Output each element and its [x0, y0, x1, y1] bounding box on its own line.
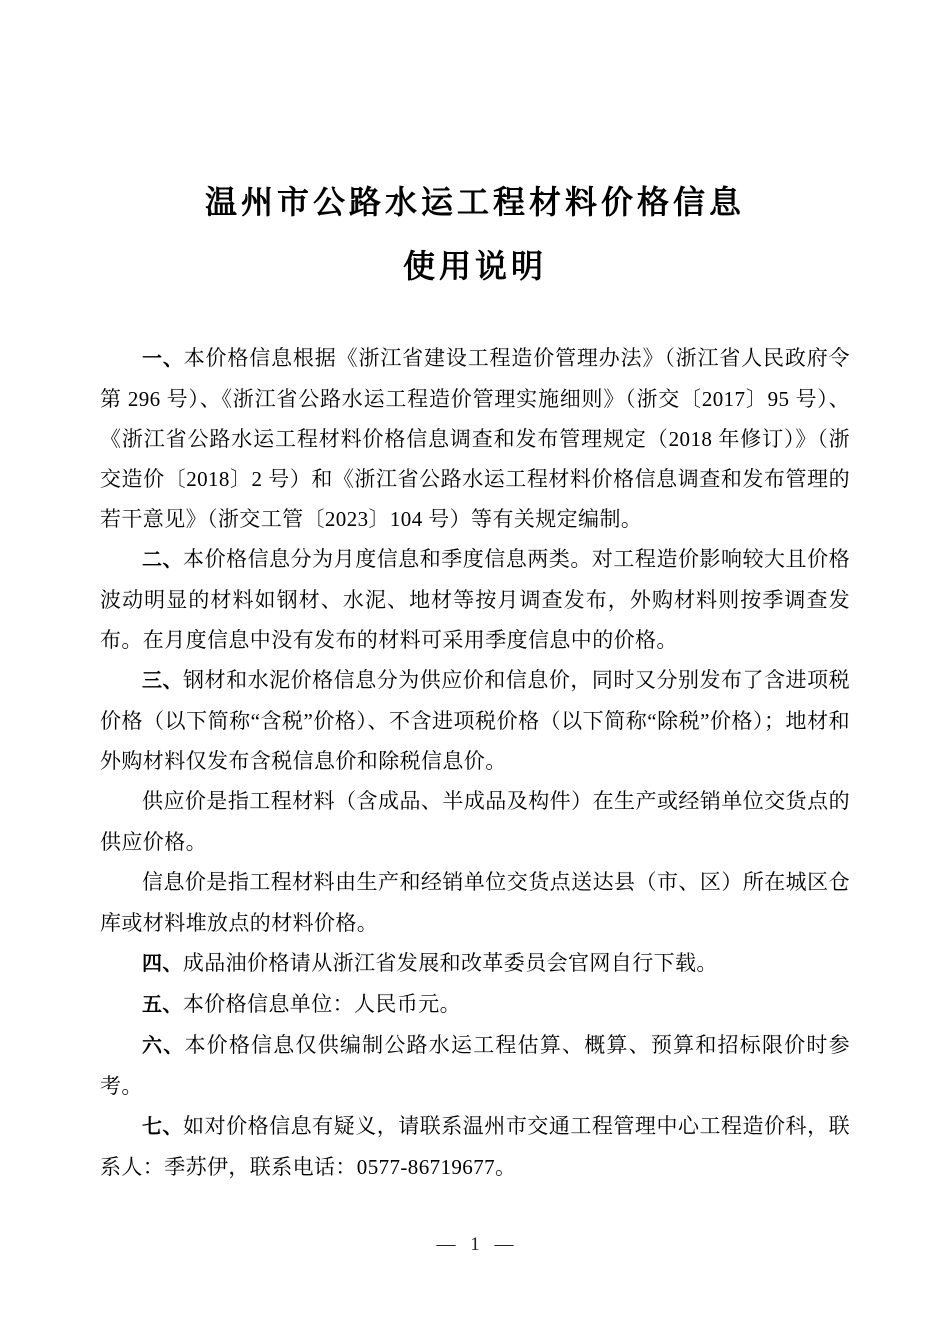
paragraph-8-text: 本价格信息仅供编制公路水运工程估算、概算、预算和招标限价时参考。 — [100, 1033, 850, 1098]
paragraph-8: 六、本价格信息仅供编制公路水运工程估算、概算、预算和招标限价时参考。 — [100, 1025, 850, 1106]
paragraph-2: 二、本价格信息分为月度信息和季度信息两类。对工程造价影响较大且价格波动明显的材料… — [100, 539, 850, 660]
paragraph-1-text: 本价格信息根据《浙江省建设工程造价管理办法》（浙江省人民政府令第 296 号）、… — [100, 346, 850, 531]
document-body: 一、本价格信息根据《浙江省建设工程造价管理办法》（浙江省人民政府令第 296 号… — [0, 338, 950, 1187]
paragraph-4-text: 供应价是指工程材料（含成品、半成品及构件）在生产或经销单位交货点的供应价格。 — [100, 789, 850, 854]
paragraph-2-text: 本价格信息分为月度信息和季度信息两类。对工程造价影响较大且价格波动明显的材料如钢… — [100, 547, 850, 652]
paragraph-5-text: 信息价是指工程材料由生产和经销单位交货点送达县（市、区）所在城区仓库或材料堆放点… — [100, 870, 850, 935]
paragraph-2-marker: 二、 — [142, 549, 183, 571]
paragraph-9-text: 如对价格信息有疑义，请联系温州市交通工程管理中心工程造价科，联系人：季苏伊，联系… — [100, 1114, 850, 1179]
paragraph-7: 五、本价格信息单位：人民币元。 — [100, 984, 850, 1025]
paragraph-7-text: 本价格信息单位：人民币元。 — [183, 992, 461, 1016]
paragraph-3: 三、钢材和水泥价格信息分为供应价和信息价，同时又分别发布了含进项税价格（以下简称… — [100, 660, 850, 781]
title-block: 温州市公路水运工程材料价格信息 使用说明 — [0, 0, 950, 282]
paragraph-1: 一、本价格信息根据《浙江省建设工程造价管理办法》（浙江省人民政府令第 296 号… — [100, 338, 850, 539]
document-page: 温州市公路水运工程材料价格信息 使用说明 一、本价格信息根据《浙江省建设工程造价… — [0, 0, 950, 1344]
paragraph-6-text: 成品油价格请从浙江省发展和改革委员会官网自行下载。 — [183, 951, 718, 975]
paragraph-7-marker: 五、 — [142, 994, 183, 1016]
paragraph-6-marker: 四、 — [142, 953, 183, 975]
paragraph-3-marker: 三、 — [142, 670, 183, 692]
paragraph-5: 信息价是指工程材料由生产和经销单位交货点送达县（市、区）所在城区仓库或材料堆放点… — [100, 862, 850, 943]
page-number: — 1 — — [0, 1234, 950, 1256]
paragraph-3-text: 钢材和水泥价格信息分为供应价和信息价，同时又分别发布了含进项税价格（以下简称“含… — [100, 668, 850, 773]
paragraph-1-marker: 一、 — [142, 348, 184, 370]
paragraph-9-marker: 七、 — [142, 1116, 183, 1138]
paragraph-8-marker: 六、 — [142, 1035, 184, 1057]
paragraph-6: 四、成品油价格请从浙江省发展和改革委员会官网自行下载。 — [100, 943, 850, 984]
document-subtitle: 使用说明 — [0, 250, 950, 282]
document-title: 温州市公路水运工程材料价格信息 — [0, 186, 950, 218]
paragraph-9: 七、如对价格信息有疑义，请联系温州市交通工程管理中心工程造价科，联系人：季苏伊，… — [100, 1106, 850, 1187]
paragraph-4: 供应价是指工程材料（含成品、半成品及构件）在生产或经销单位交货点的供应价格。 — [100, 781, 850, 862]
